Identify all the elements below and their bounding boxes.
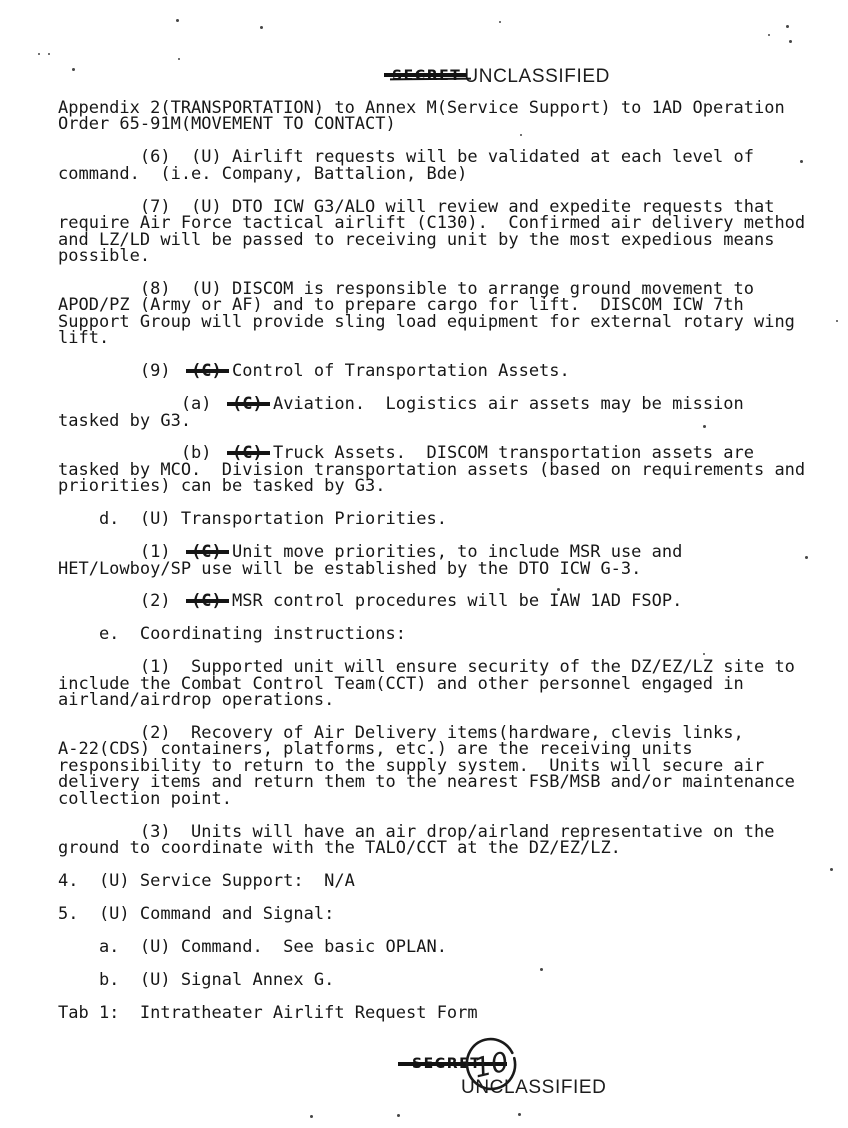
struck-classification-mark: (C) <box>232 445 263 461</box>
classification-header: SECRETUNCLASSIFIED <box>392 66 610 88</box>
text-run: command. (i.e. Company, Battalion, Bde) <box>58 164 467 184</box>
text-line: HET/Lowboy/SP use will be established by… <box>58 561 805 577</box>
scan-noise-dot <box>518 1113 521 1116</box>
text-line: collection point. <box>58 791 805 807</box>
text-line: a. (U) Command. See basic OPLAN. <box>58 939 805 955</box>
text-line: b. (U) Signal Annex G. <box>58 972 805 988</box>
text-run: a. (U) Command. See basic OPLAN. <box>58 937 447 957</box>
text-run: (9) <box>58 361 191 381</box>
scan-noise-dot <box>703 653 705 655</box>
text-run: tasked by G3. <box>58 411 191 431</box>
struck-classification-mark: (C) <box>232 396 263 412</box>
scan-noise-dot <box>786 25 789 28</box>
text-run: Tab 1: Intratheater Airlift Request Form <box>58 1003 478 1023</box>
unclassified-stamp: UNCLASSIFIED <box>464 66 610 88</box>
text-line: 4. (U) Service Support: N/A <box>58 873 805 889</box>
text-line: Tab 1: Intratheater Airlift Request Form <box>58 1005 805 1021</box>
text-run: e. Coordinating instructions: <box>58 624 406 644</box>
scan-noise-dot <box>72 68 75 71</box>
text-run: airland/airdrop operations. <box>58 690 334 710</box>
scan-noise-dot <box>768 34 770 36</box>
scan-noise-dot <box>520 134 522 136</box>
scan-noise-dot <box>38 53 40 55</box>
text-line: lift. <box>58 330 805 346</box>
text-line: airland/airdrop operations. <box>58 692 805 708</box>
scan-noise-dot <box>789 40 792 43</box>
struck-classification-mark: (C) <box>191 363 222 379</box>
scan-noise-dot <box>830 868 833 871</box>
text-line: Order 65-91M(MOVEMENT TO CONTACT) <box>58 116 805 132</box>
scan-noise-dot <box>800 160 803 163</box>
text-line: (2) (C) MSR control procedures will be I… <box>58 593 805 609</box>
text-line: tasked by G3. <box>58 413 805 429</box>
scanned-document-page: SECRETUNCLASSIFIED Appendix 2(TRANSPORTA… <box>0 0 848 1128</box>
scan-noise-dot <box>540 968 543 971</box>
text-line: 5. (U) Command and Signal: <box>58 906 805 922</box>
scan-noise-dot <box>48 53 50 55</box>
text-run: priorities) can be tasked by G3. <box>58 476 386 496</box>
text-line: ground to coordinate with the TALO/CCT a… <box>58 840 805 856</box>
scan-noise-dot <box>499 21 501 23</box>
text-run: MSR control procedures will be IAW 1AD F… <box>222 591 683 611</box>
text-run: b. (U) Signal Annex G. <box>58 970 334 990</box>
text-line: Support Group will provide sling load eq… <box>58 314 805 330</box>
text-line: possible. <box>58 248 805 264</box>
text-run: possible. <box>58 246 150 266</box>
text-line: e. Coordinating instructions: <box>58 626 805 642</box>
scan-noise-dot <box>703 425 706 428</box>
struck-classification-mark: (C) <box>191 593 222 609</box>
handwritten-circled-page-number: 10 <box>460 1036 522 1094</box>
text-line: (9) (C) Control of Transportation Assets… <box>58 363 805 379</box>
struck-classification-mark: (C) <box>191 544 222 560</box>
scan-noise-dot <box>310 1115 313 1118</box>
scan-noise-dot <box>557 588 560 591</box>
scan-noise-dot <box>805 556 808 559</box>
text-run: HET/Lowboy/SP use will be established by… <box>58 559 641 579</box>
text-run: ground to coordinate with the TALO/CCT a… <box>58 838 621 858</box>
text-line: priorities) can be tasked by G3. <box>58 478 805 494</box>
document-body: Appendix 2(TRANSPORTATION) to Annex M(Se… <box>58 100 805 1021</box>
text-run: (2) <box>58 591 191 611</box>
page-number-text: 10 <box>471 1046 511 1084</box>
scan-noise-dot <box>836 320 838 322</box>
text-line: and LZ/LD will be passed to receiving un… <box>58 232 805 248</box>
text-run: 4. (U) Service Support: N/A <box>58 871 355 891</box>
text-run: Control of Transportation Assets. <box>222 361 570 381</box>
text-run: and LZ/LD will be passed to receiving un… <box>58 230 774 250</box>
text-run: Aviation. Logistics air assets may be mi… <box>263 394 744 414</box>
text-run: Support Group will provide sling load eq… <box>58 312 795 332</box>
text-line: d. (U) Transportation Priorities. <box>58 511 805 527</box>
struck-secret-marking: SECRET <box>392 68 461 84</box>
text-line: command. (i.e. Company, Battalion, Bde) <box>58 166 805 182</box>
text-run: lift. <box>58 328 109 348</box>
text-run: 5. (U) Command and Signal: <box>58 904 334 924</box>
scan-noise-dot <box>397 1114 400 1117</box>
scan-noise-dot <box>176 19 179 22</box>
text-run: Order 65-91M(MOVEMENT TO CONTACT) <box>58 114 396 134</box>
scan-noise-dot <box>178 58 180 60</box>
text-run: collection point. <box>58 789 232 809</box>
scan-noise-dot <box>260 26 263 29</box>
text-run: d. (U) Transportation Priorities. <box>58 509 447 529</box>
